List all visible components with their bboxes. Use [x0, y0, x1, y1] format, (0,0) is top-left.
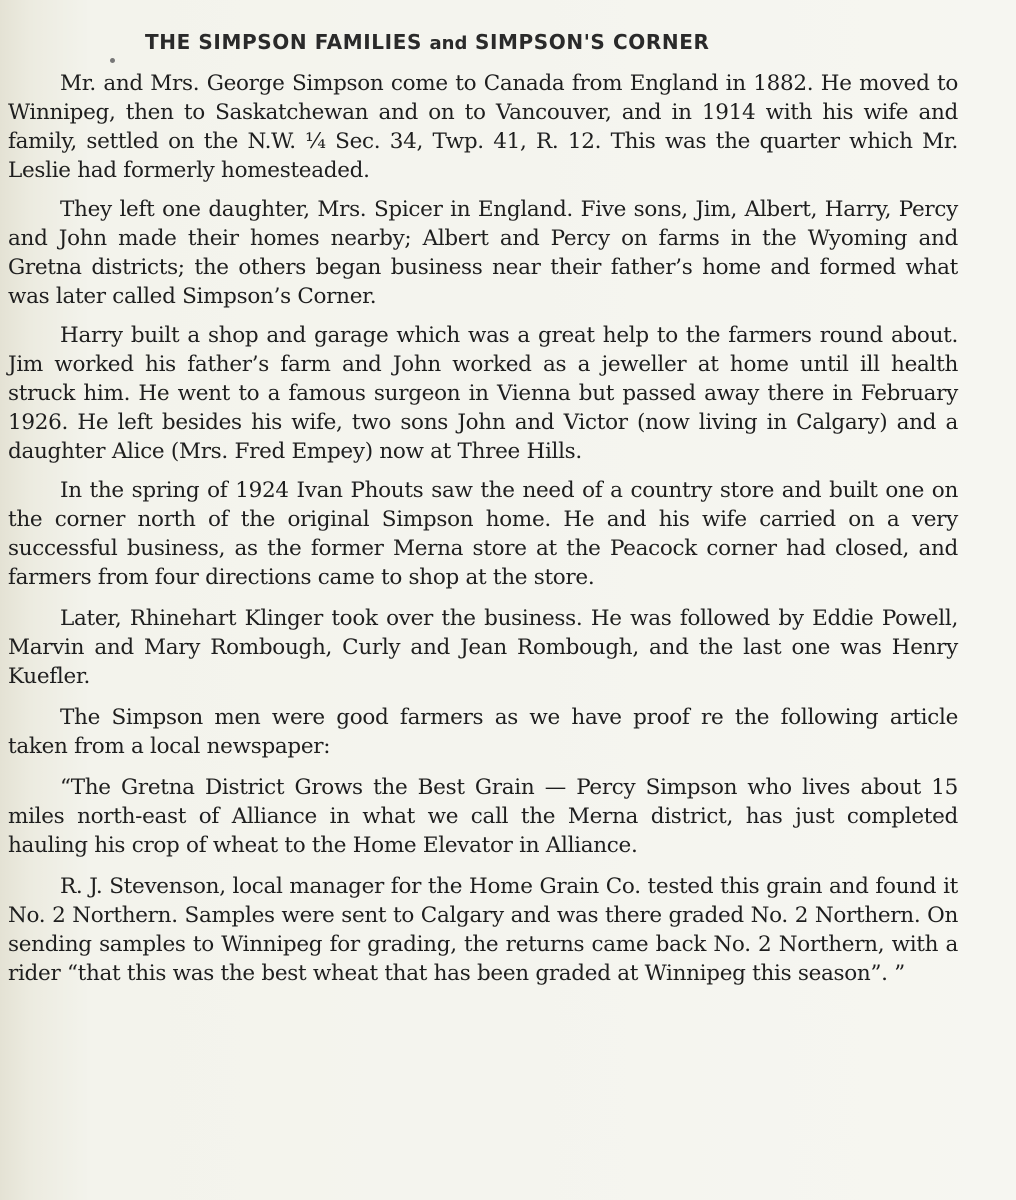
- paragraph-grain-grading: R. J. Stevenson, local manager for the H…: [8, 872, 958, 988]
- article-body: Mr. and Mrs. George Simpson come to Cana…: [8, 69, 958, 998]
- paragraph-good-farmers: The Simpson men were good farmers as we …: [8, 703, 958, 761]
- paragraph-arrival: Mr. and Mrs. George Simpson come to Cana…: [8, 69, 958, 185]
- paragraph-newspaper-quote: “The Gretna District Grows the Best Grai…: [8, 773, 958, 860]
- paragraph-store-owners: Later, Rhinehart Klinger took over the b…: [8, 604, 958, 691]
- paragraph-family: They left one daughter, Mrs. Spicer in E…: [8, 195, 958, 311]
- paragraph-harry-jim-john: Harry built a shop and garage which was …: [8, 321, 958, 466]
- title-part-2: SIMPSON'S CORNER: [467, 30, 709, 54]
- title-part-1: THE SIMPSON FAMILIES: [145, 30, 430, 54]
- ink-speck: [110, 58, 115, 63]
- page-title: THE SIMPSON FAMILIES and SIMPSON'S CORNE…: [145, 30, 845, 54]
- paragraph-country-store: In the spring of 1924 Ivan Phouts saw th…: [8, 476, 958, 592]
- title-connector: and: [430, 33, 468, 54]
- scanned-page: THE SIMPSON FAMILIES and SIMPSON'S CORNE…: [0, 0, 1016, 1200]
